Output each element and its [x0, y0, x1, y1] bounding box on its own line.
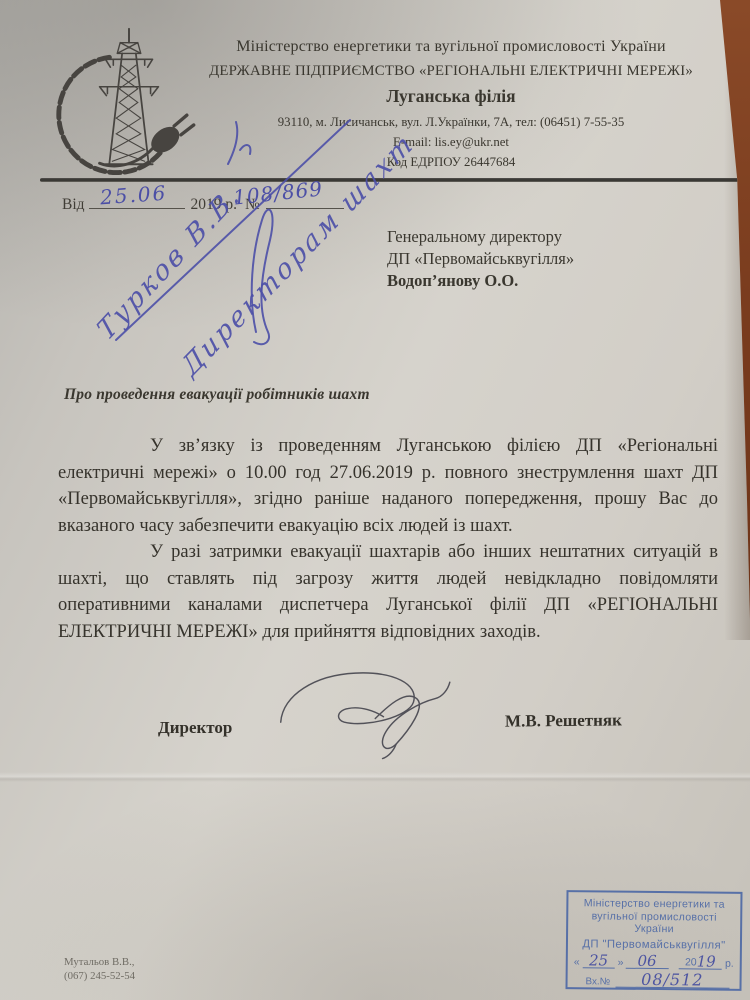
stamp-reg-label: Вх.№ — [586, 976, 611, 987]
stamp-org-line1: Міністерство енергетики та — [572, 897, 736, 911]
executor-name: Мутальов В.В., — [64, 955, 135, 969]
enterprise-name: ДЕРЖАВНЕ ПІДПРИЄМСТВО «РЕГІОНАЛЬНІ ЕЛЕКТ… — [168, 63, 734, 80]
body-paragraph-1: У зв’язку із проведенням Луганською філі… — [58, 433, 718, 539]
executor-block: Мутальов В.В., (067) 245-52-54 — [64, 955, 135, 983]
stamp-year-suffix: р. — [725, 957, 734, 969]
paper-edge-shadow — [724, 0, 750, 640]
scanned-letter-photo: Міністерство енергетики та вугільної про… — [0, 0, 750, 1000]
recipient-position: Генеральному директору — [387, 226, 574, 248]
stamp-org-line3: України — [572, 922, 736, 936]
letter-body: У зв’язку із проведенням Луганською філі… — [58, 433, 718, 645]
stamp-company: ДП "Первомайськвугілля" — [572, 937, 736, 953]
stamp-year: 2019 — [679, 955, 722, 969]
stamp-year-printed: 20 — [685, 956, 697, 968]
signatory-title: Директор — [158, 718, 232, 738]
stamp-reg-number-handwritten: 08/512 — [615, 972, 730, 988]
stamp-reg-row: Вх.№ 08/512 — [586, 972, 730, 989]
from-label: Від — [62, 196, 85, 214]
ministry-name: Міністерство енергетики та вугільної про… — [168, 38, 734, 56]
recipient-block: Генеральному директору ДП «Первомайськву… — [387, 226, 574, 292]
director-signature — [268, 664, 468, 764]
signatory-name: М.В. Решетняк — [505, 710, 622, 731]
stamp-month-handwritten: 06 — [625, 954, 668, 968]
paper-crease — [0, 772, 750, 782]
stamp-quote-open: « — [574, 956, 580, 968]
stamp-quote-close: » — [618, 956, 624, 968]
stamp-date-row: « 25 » 06 2019 р. — [574, 954, 734, 970]
recipient-name: Водоп’янову О.О. — [387, 270, 574, 292]
stamp-org-line2: вугільної промисловості — [572, 910, 736, 924]
incoming-registration-stamp: Міністерство енергетики та вугільної про… — [565, 890, 742, 991]
stamp-year-handwritten: 19 — [697, 955, 716, 968]
handwritten-pen-strokes — [88, 92, 378, 362]
stamp-day-handwritten: 25 — [583, 954, 615, 968]
body-paragraph-2: У разі затримки евакуації шахтарів або і… — [58, 539, 718, 645]
recipient-company: ДП «Первомайськвугілля» — [387, 248, 574, 270]
letter-paper: Міністерство енергетики та вугільної про… — [0, 0, 750, 1000]
executor-phone: (067) 245-52-54 — [64, 969, 135, 983]
subject-line: Про проведення евакуації робітників шахт — [64, 386, 370, 404]
